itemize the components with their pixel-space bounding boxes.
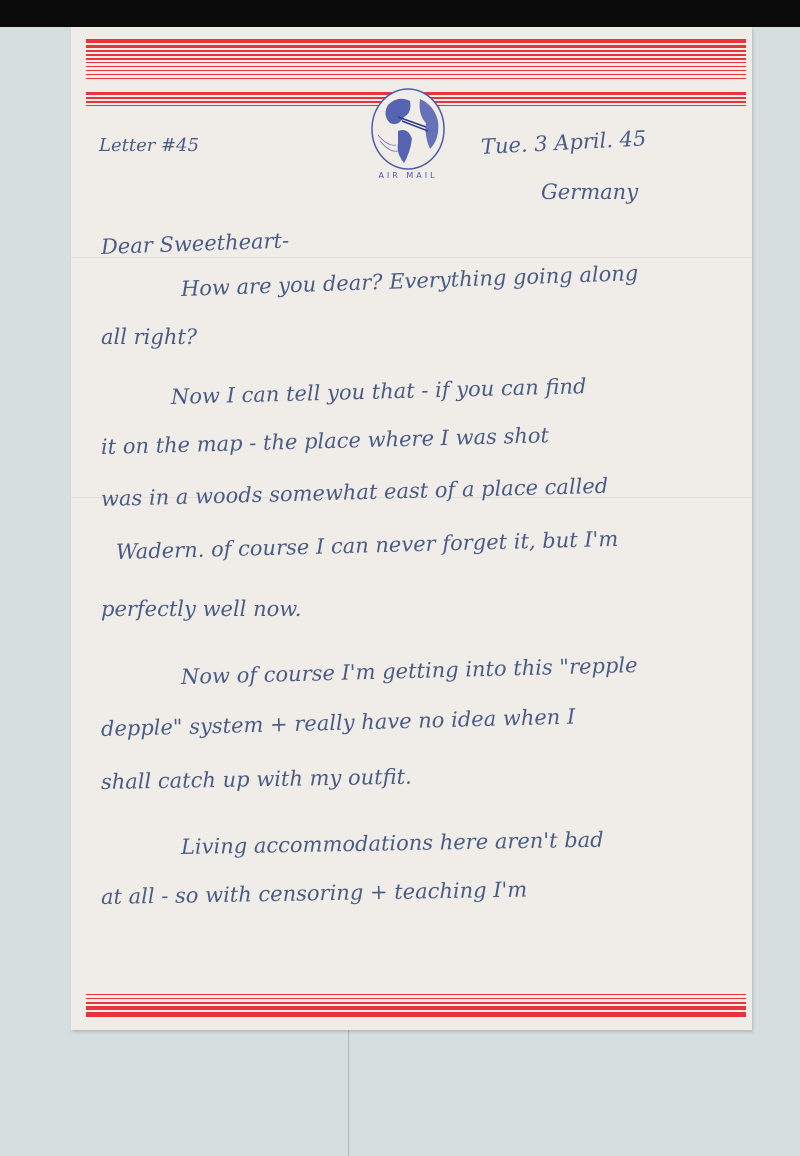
letter-line: was in a woods somewhat east of a place … — [101, 476, 609, 510]
letter-line: at all - so with censoring + teaching I'… — [101, 880, 528, 908]
letter-line: Now I can tell you that - if you can fin… — [171, 376, 587, 408]
salutation: Dear Sweetheart- — [101, 230, 290, 258]
letter-line: all right? — [101, 327, 197, 348]
letter-sheet: AIR MAIL Letter #45 Tue. 3 April. 45 Ger… — [71, 27, 752, 1030]
letter-place: Germany — [541, 182, 638, 203]
letterhead-stripes-upper — [86, 39, 746, 82]
letter-date: Tue. 3 April. 45 — [480, 128, 646, 158]
globe-icon — [368, 87, 448, 171]
letter-line: How are you dear? Everything going along — [181, 263, 639, 300]
letterhead-stripes-bottom — [86, 994, 746, 1019]
letter-number: Letter #45 — [99, 137, 199, 155]
letter-line: perfectly well now. — [101, 599, 301, 620]
letter-line: depple" system + really have no idea whe… — [101, 707, 576, 740]
letter-line: Wadern. of course I can never forget it,… — [116, 529, 619, 563]
letter-line: Living accommodations here aren't bad — [181, 830, 604, 858]
letter-line: Now of course I'm getting into this "rep… — [181, 655, 638, 688]
airmail-label: AIR MAIL — [368, 171, 448, 180]
scanner-top-edge — [0, 0, 800, 27]
letter-line: it on the map - the place where I was sh… — [101, 425, 549, 458]
letter-line: shall catch up with my outfit. — [101, 767, 412, 793]
stray-thread — [348, 1030, 349, 1156]
fold-line — [71, 257, 752, 258]
airmail-emblem: AIR MAIL — [368, 87, 448, 197]
